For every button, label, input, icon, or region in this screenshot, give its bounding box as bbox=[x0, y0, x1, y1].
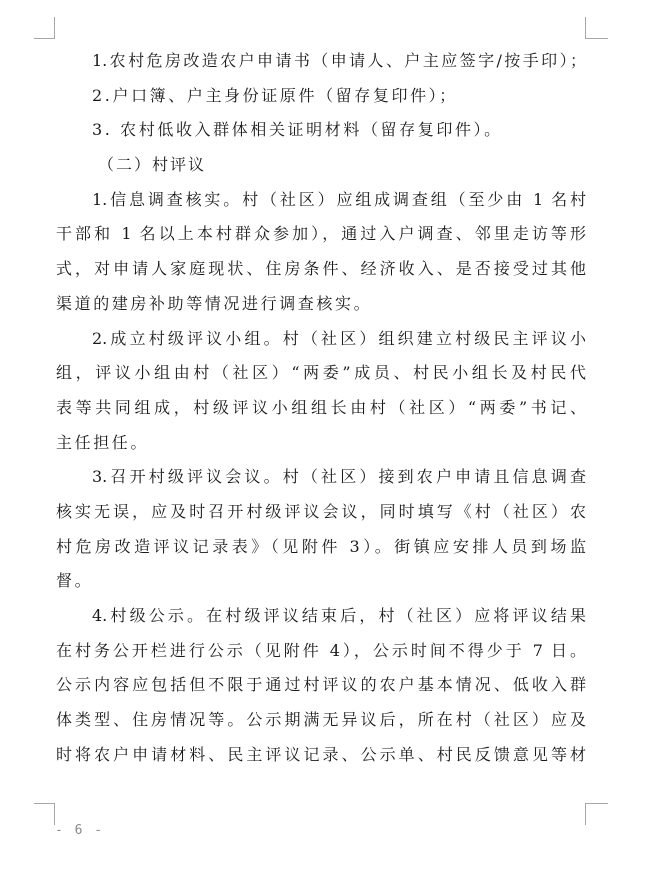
list-item-low-income-proof: 3. 农村低收入群体相关证明材料（留存复印件）。 bbox=[56, 113, 586, 148]
paragraph-info-verification-line-4: 渠道的建房补助等情况进行调查核实。 bbox=[56, 287, 586, 322]
paragraph-public-notice-line-5: 时将农户申请材料、民主评议记录、公示单、村民反馈意见等材 bbox=[56, 738, 586, 773]
paragraph-info-verification-line-1: 1.信息调查核实。村（社区）应组成调查组（至少由 1 名村 bbox=[56, 183, 586, 218]
crop-mark-bottom-right bbox=[585, 803, 608, 825]
paragraph-review-group-line-1: 2.成立村级评议小组。村（社区）组织建立村级民主评议小 bbox=[56, 322, 586, 357]
document-page: 1.农村危房改造农户申请书（申请人、户主应签字/按手印）； 2.户口簿、户主身份… bbox=[0, 0, 648, 872]
section-heading-village-review: （二）村评议 bbox=[56, 148, 586, 183]
paragraph-info-verification-line-3: 式，对申请人家庭现状、住房条件、经济收入、是否接受过其他 bbox=[56, 252, 586, 287]
paragraph-review-group-line-3: 表等共同组成，村级评议小组组长由村（社区）“两委”书记、 bbox=[56, 391, 586, 426]
paragraph-public-notice-line-1: 4.村级公示。在村级评议结束后，村（社区）应将评议结果 bbox=[56, 599, 586, 634]
paragraph-review-group-line-2: 组，评议小组由村（社区）“两委”成员、村民小组长及村民代 bbox=[56, 356, 586, 391]
paragraph-review-meeting-line-3: 村危房改造评议记录表》（见附件 3）。街镇应安排人员到场监 bbox=[56, 530, 586, 565]
paragraph-info-verification-line-2: 干部和 1 名以上本村群众参加），通过入户调查、邻里走访等形 bbox=[56, 217, 586, 252]
crop-mark-top-left bbox=[34, 17, 55, 39]
paragraph-public-notice-line-2: 在村务公开栏进行公示（见附件 4），公示时间不得少于 7 日。 bbox=[56, 634, 586, 669]
paragraph-review-meeting-line-4: 督。 bbox=[56, 564, 586, 599]
page-number: - 6 - bbox=[55, 823, 104, 838]
paragraph-review-meeting-line-1: 3.召开村级评议会议。村（社区）接到农户申请且信息调查 bbox=[56, 460, 586, 495]
list-item-household-register: 2.户口簿、户主身份证原件（留存复印件）； bbox=[56, 79, 586, 114]
paragraph-review-group-line-4: 主任担任。 bbox=[56, 426, 586, 461]
paragraph-review-meeting-line-2: 核实无误，应及时召开村级评议会议，同时填写《村（社区）农 bbox=[56, 495, 586, 530]
document-body: 1.农村危房改造农户申请书（申请人、户主应签字/按手印）； 2.户口簿、户主身份… bbox=[56, 44, 586, 772]
crop-mark-top-right bbox=[585, 17, 608, 39]
crop-mark-bottom-left bbox=[34, 803, 55, 825]
list-item-application-form: 1.农村危房改造农户申请书（申请人、户主应签字/按手印）； bbox=[56, 44, 586, 79]
paragraph-public-notice-line-4: 体类型、住房情况等。公示期满无异议后，所在村（社区）应及 bbox=[56, 703, 586, 738]
paragraph-public-notice-line-3: 公示内容应包括但不限于通过村评议的农户基本情况、低收入群 bbox=[56, 668, 586, 703]
